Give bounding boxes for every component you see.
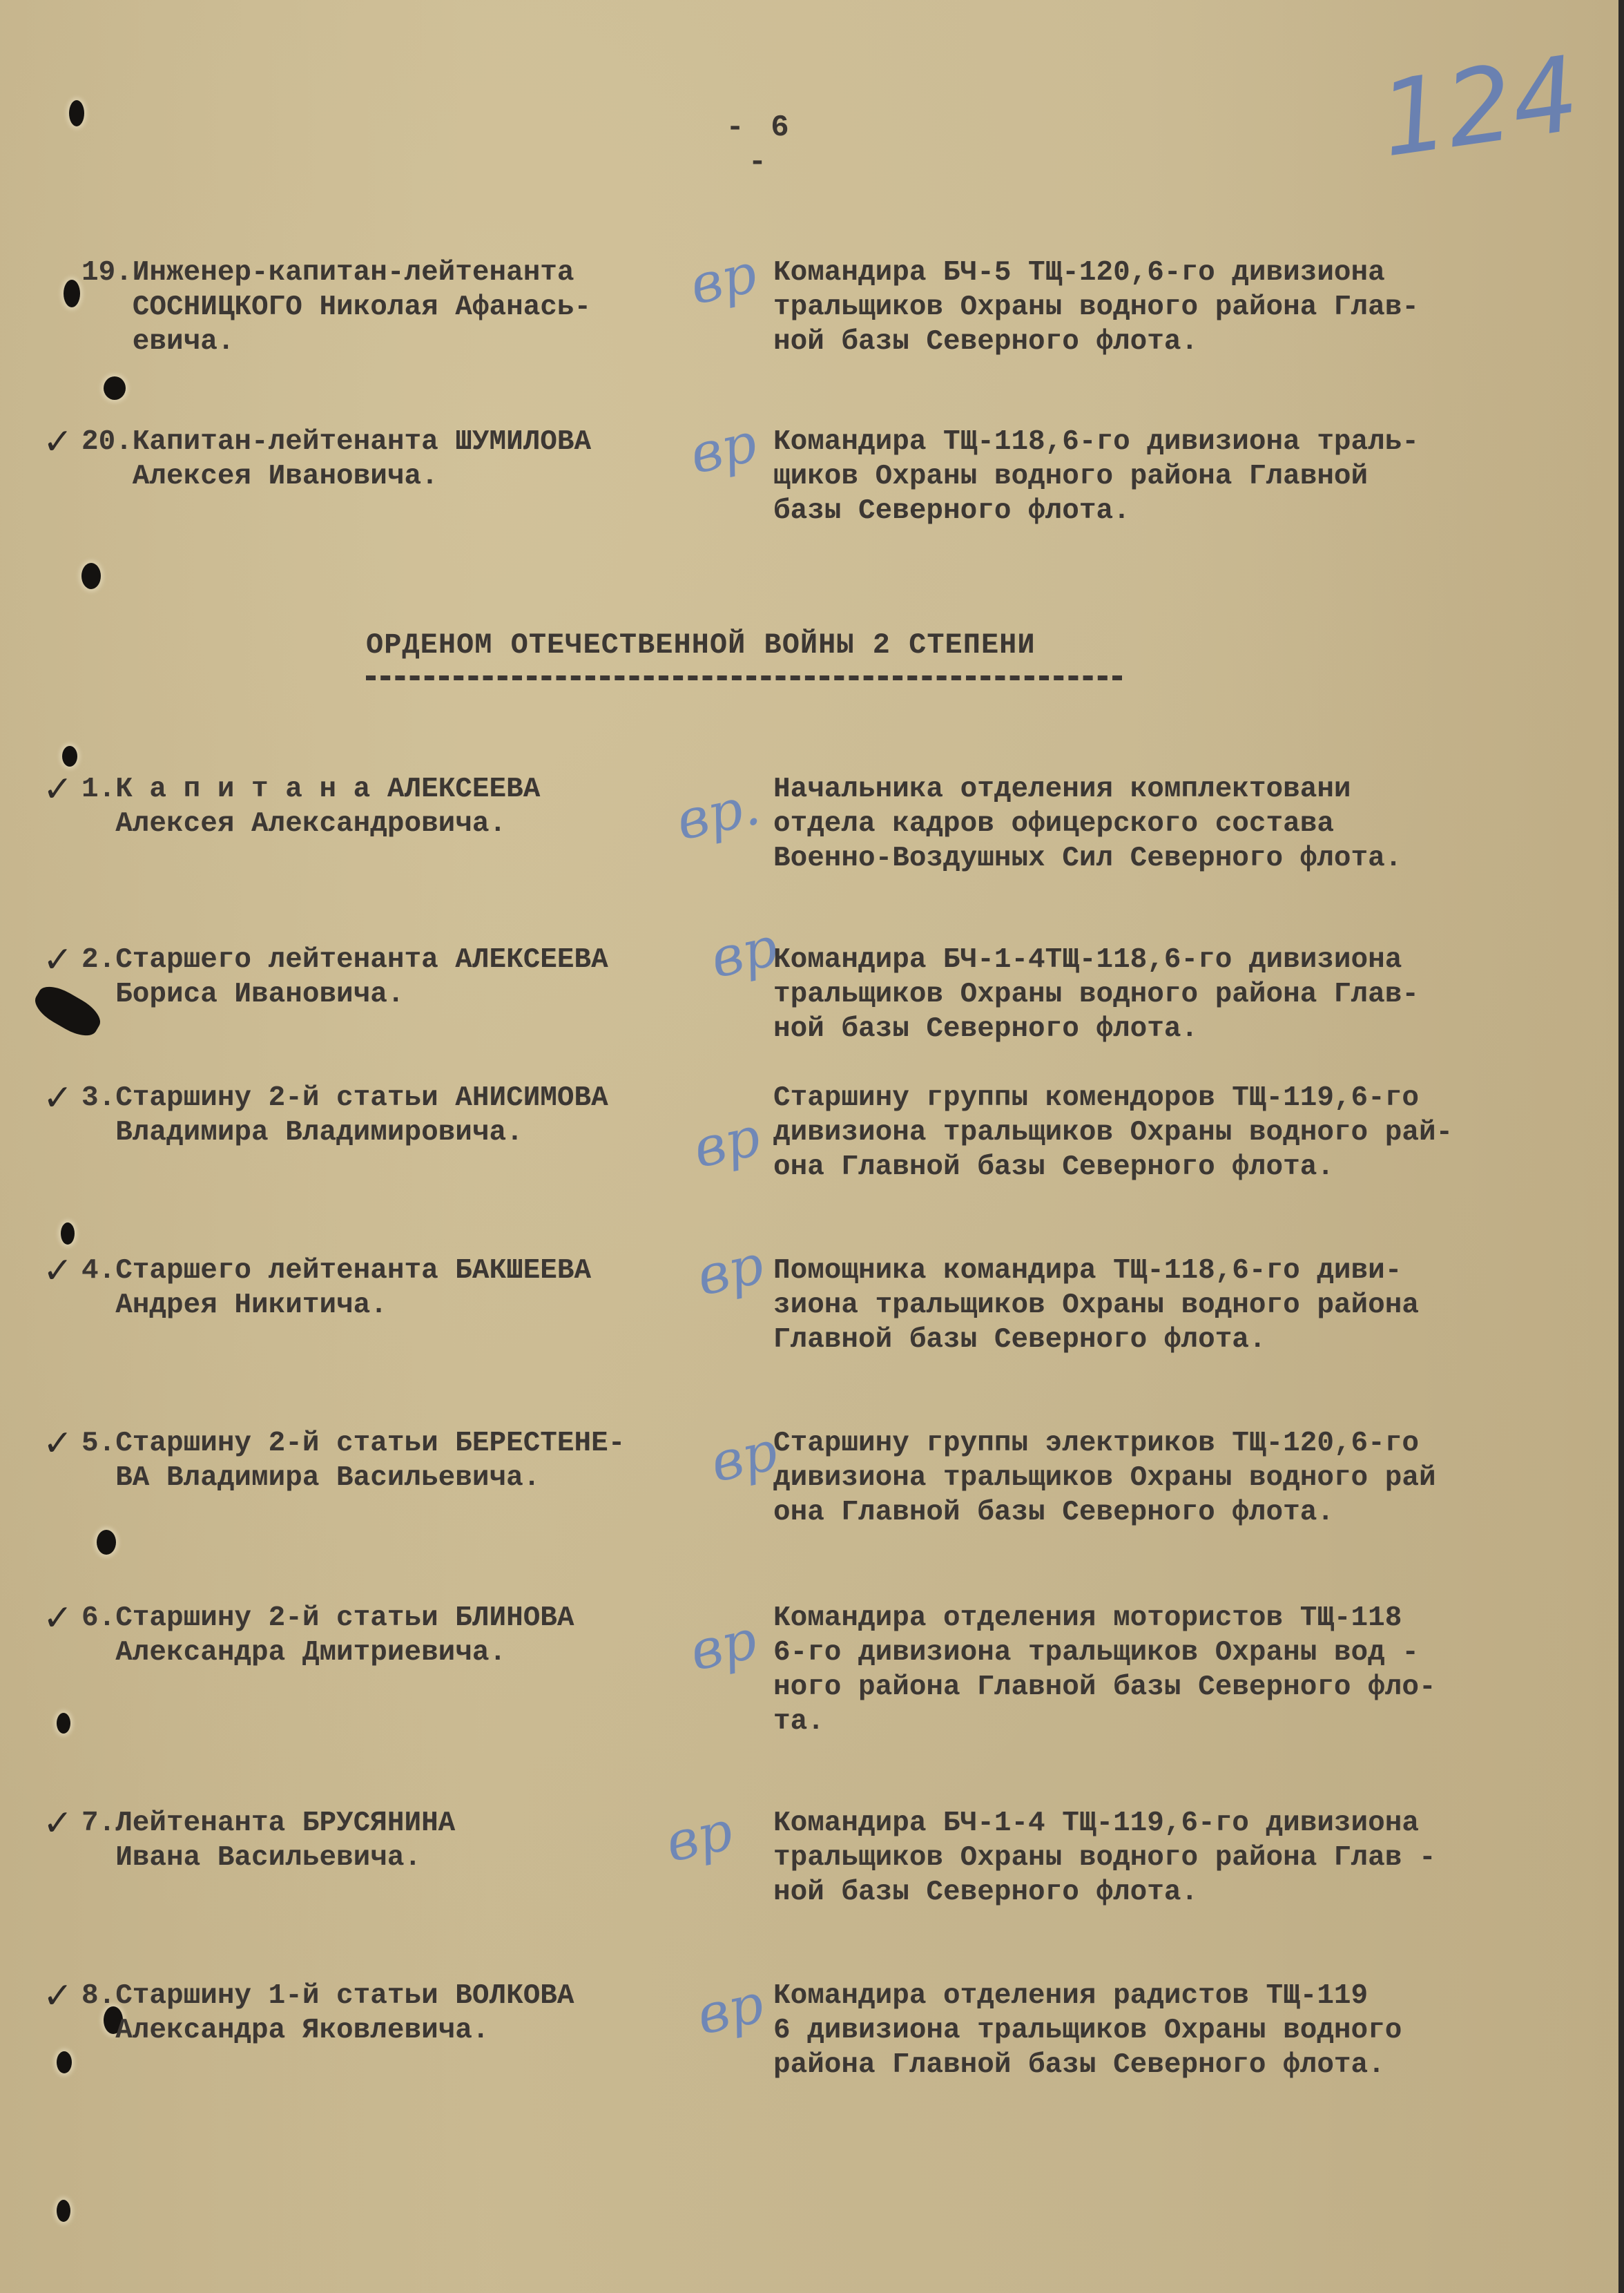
recipient-position: Командира отделения радистов ТЩ-119 6 ди…	[773, 1979, 1588, 2082]
recipient-name: 8.Старшину 1-й статьи ВОЛКОВА Александра…	[81, 1979, 703, 2048]
checkmark-icon: ✓	[43, 425, 73, 459]
binder-hole	[104, 376, 126, 400]
recipient-position: Командира БЧ-1-4 ТЩ-119,6-го дивизиона т…	[773, 1806, 1588, 1910]
checkmark-icon: ✓	[43, 943, 73, 977]
handwritten-archive-number: 124	[1373, 39, 1541, 183]
recipient-name: 7.Лейтенанта БРУСЯНИНА Ивана Васильевича…	[81, 1806, 703, 1875]
checkmark-icon: ✓	[43, 1979, 73, 2013]
pencil-initials-mark: вр	[692, 1973, 769, 2047]
pencil-initials-mark: вр	[685, 412, 762, 486]
recipient-position: Помощника командира ТЩ-118,6-го диви- зи…	[773, 1254, 1588, 1357]
recipient-name: 1.К а п и т а н а АЛЕКСЕЕВА Алексея Алек…	[81, 772, 703, 841]
checkmark-icon: ✓	[43, 1806, 73, 1841]
checkmark-icon: ✓	[43, 1601, 73, 1635]
recipient-position: Командира БЧ-1-4ТЩ-118,6-го дивизиона тр…	[773, 943, 1588, 1046]
binder-hole	[57, 2200, 70, 2222]
scan-edge	[1618, 0, 1624, 2293]
binder-hole	[69, 100, 84, 126]
binder-hole	[64, 280, 80, 307]
recipient-name: 19.Инженер-капитан-лейтенанта СОСНИЦКОГО…	[81, 256, 703, 359]
pencil-initials-mark: вр	[706, 1420, 783, 1495]
pencil-initials-mark: вр	[685, 242, 762, 317]
recipient-position: Командира отделения мотористов ТЩ-118 6-…	[773, 1601, 1588, 1739]
recipient-position: Командира БЧ-5 ТЩ-120,6-го дивизиона тра…	[773, 256, 1588, 359]
recipient-name: 20.Капитан-лейтенанта ШУМИЛОВА Алексея И…	[81, 425, 703, 494]
recipient-name: 4.Старшего лейтенанта БАКШЕЕВА Андрея Ни…	[81, 1254, 703, 1323]
page-number: - 6 -	[711, 111, 808, 180]
recipient-name: 5.Старшину 2-й статьи БЕРЕСТЕНЕ- ВА Влад…	[81, 1426, 703, 1495]
checkmark-icon: ✓	[43, 772, 73, 807]
recipient-name: 2.Старшего лейтенанта АЛЕКСЕЕВА Бориса И…	[81, 943, 703, 1012]
recipient-position: Старшину группы комендоров ТЩ-119,6-го д…	[773, 1081, 1588, 1184]
recipient-name: 3.Старшину 2-й статьи АНИСИМОВА Владимир…	[81, 1081, 703, 1150]
binder-hole	[62, 746, 77, 767]
pencil-initials-mark: вр	[692, 1234, 769, 1308]
pencil-initials-mark: вр	[661, 1800, 738, 1874]
recipient-position: Начальника отделения комплектовани отдел…	[773, 772, 1588, 876]
pencil-initials-mark: вр	[685, 1609, 762, 1683]
section-heading: ОРДЕНОМ ОТЕЧЕСТВЕННОЙ ВОЙНЫ 2 СТЕПЕНИ	[366, 629, 1036, 662]
recipient-name: 6.Старшину 2-й статьи БЛИНОВА Александра…	[81, 1601, 703, 1670]
pencil-initials-mark: вр	[706, 916, 783, 990]
pencil-initials-mark: вр	[688, 1106, 766, 1180]
checkmark-icon: ✓	[43, 1254, 73, 1288]
recipient-position: Старшину группы электриков ТЩ-120,6-го д…	[773, 1426, 1588, 1530]
section-underline	[366, 675, 1122, 680]
checkmark-icon: ✓	[43, 1426, 73, 1461]
recipient-position: Командира ТЩ-118,6-го дивизиона траль- щ…	[773, 425, 1588, 528]
checkmark-icon: ✓	[43, 1081, 73, 1115]
binder-hole	[81, 563, 101, 589]
binder-hole	[57, 2051, 72, 2073]
binder-hole	[97, 1530, 116, 1555]
binder-hole	[57, 1713, 70, 1734]
binder-hole	[61, 1222, 75, 1245]
